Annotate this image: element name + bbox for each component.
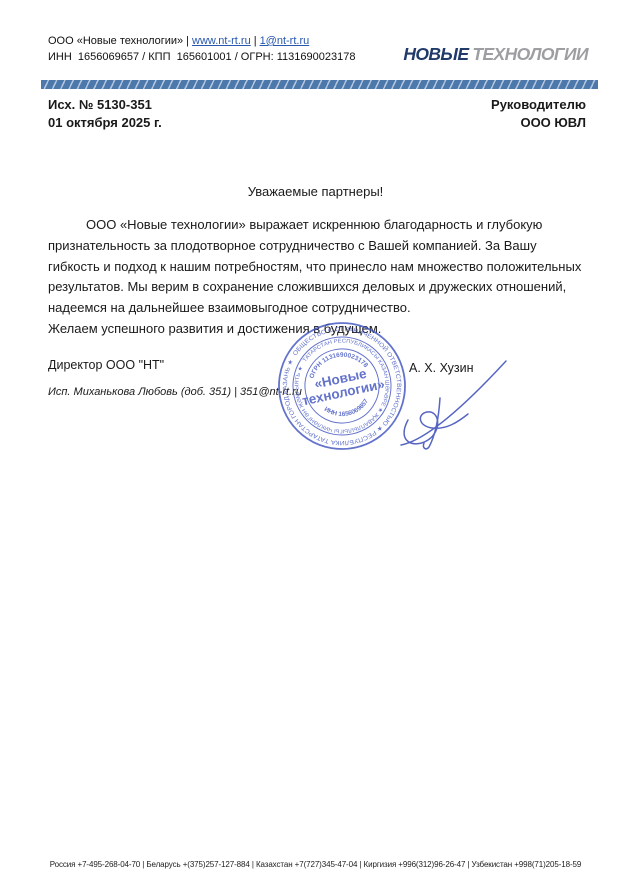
letterhead-contacts: ООО «Новые технологии»|www.nt-rt.ru|1@nt… [48,33,355,65]
addressee-title: Руководителю [491,96,586,114]
letter-page: ООО «Новые технологии»|www.nt-rt.ru|1@nt… [0,0,631,892]
reference-block: Исх. № 5130-351 01 октября 2025 г. [48,96,162,131]
addressee-block: Руководителю ООО ЮВЛ [491,96,586,131]
letter-date: 01 октября 2025 г. [48,114,162,132]
separator: | [186,35,189,47]
greeting: Уважаемые партнеры! [0,184,631,199]
executor-line: Исп. Миханькова Любовь (доб. 351) | 351@… [48,386,302,398]
company-logo: НОВЫЕТЕХНОЛОГИИ [403,44,588,65]
separator: | [254,35,257,47]
footer-contacts: Россия +7-495-268-04-70 | Беларусь +(375… [0,860,631,869]
signature-icon [388,352,518,452]
addressee-company: ООО ЮВЛ [491,114,586,132]
company-requisites: ИНН 1656069657 / КПП 165601001 / ОГРН: 1… [48,49,355,65]
body-paragraph: ООО «Новые технологии» выражает искренню… [48,215,586,319]
outgoing-number: Исх. № 5130-351 [48,96,162,114]
logo-text-primary: НОВЫЕ [403,44,468,64]
company-name: ООО «Новые технологии» [48,35,183,47]
handwritten-signature [388,352,518,452]
website-link[interactable]: www.nt-rt.ru [192,35,251,47]
letterhead-line1: ООО «Новые технологии»|www.nt-rt.ru|1@nt… [48,33,355,49]
signer-position: Директор ООО "НТ" [48,358,164,372]
striped-divider [41,80,598,89]
email-link[interactable]: 1@nt-rt.ru [260,35,310,47]
logo-text-secondary: ТЕХНОЛОГИИ [472,44,588,64]
